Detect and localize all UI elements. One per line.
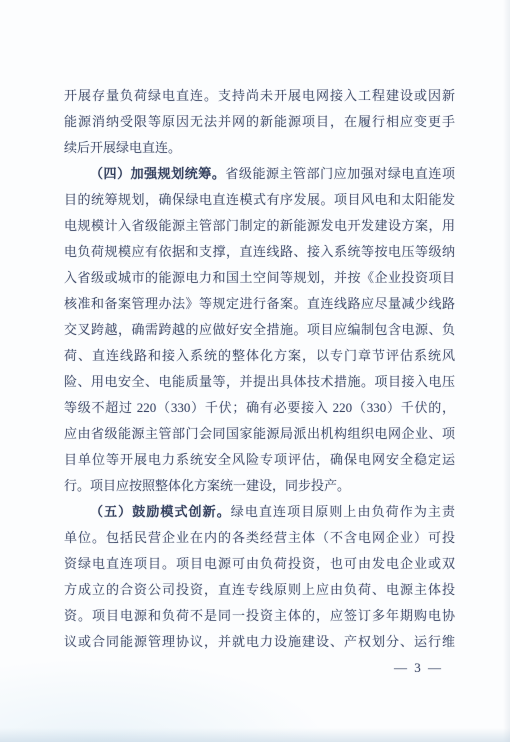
text-line: 交叉跨越，确需跨越的应做好安全措施。项目应编制包含电源、负 — [64, 317, 455, 343]
body-text: 电规模计入省级能源主管部门制定的新能源发电开发建设方案，用 — [64, 218, 455, 233]
body-text: 入省级或城市的能源电力和国土空间等规划，并按《企业投资项目 — [64, 270, 455, 285]
text-line: 目单位等开展电力系统安全风险专项评估，确保电网安全稳定运 — [64, 447, 455, 473]
page-number: — 3 — — [394, 655, 443, 681]
text-line: 险、用电安全、电能质量等，并提出具体技术措施。项目接入电压 — [64, 369, 455, 395]
body-text: 资绿电直连项目。项目电源可由负荷投资，也可由发电企业或双 — [64, 556, 455, 571]
text-line: 电负荷规模应有依据和支撑，直连线路、接入系统等按电压等级纳 — [64, 239, 455, 265]
body-text: 等级不超过 220（330）千伏；确有必要接入 220（330）千伏的， — [64, 400, 455, 415]
body-text: 方成立的合资公司投资，直连专线原则上应由负荷、电源主体投 — [64, 582, 455, 597]
body-text: 应由省级能源主管部门会同国家能源局派出机构组织电网企业、项 — [64, 426, 455, 441]
text-line: 核准和备案管理办法》等规定进行备案。直连线路应尽量减少线路 — [64, 291, 455, 317]
text-line: （四）加强规划统筹。省级能源主管部门应加强对绿电直连项 — [64, 161, 455, 187]
body-text: 绿电直连项目原则上由负荷作为主责 — [231, 504, 455, 519]
text-line: 电规模计入省级能源主管部门制定的新能源发电开发建设方案，用 — [64, 213, 455, 239]
text-line: 能源消纳受限等原因无法并网的新能源项目，在履行相应变更手 — [64, 109, 455, 135]
body-text: 荷、直连线路和接入系统的整体化方案，以专门章节评估系统风 — [64, 348, 455, 363]
text-line: 单位。包括民营企业在内的各类经营主体（不含电网企业）可投 — [64, 525, 455, 551]
text-line: 荷、直连线路和接入系统的整体化方案，以专门章节评估系统风 — [64, 343, 455, 369]
body-text: 目的统筹规划，确保绿电直连模式有序发展。项目风电和太阳能发 — [64, 192, 455, 207]
section-heading-text: （四）加强规划统筹。 — [90, 166, 225, 181]
text-line: 资绿电直连项目。项目电源可由负荷投资，也可由发电企业或双 — [64, 551, 455, 577]
body-text: 核准和备案管理办法》等规定进行备案。直连线路应尽量减少线路 — [64, 296, 455, 311]
text-line: 续后开展绿电直连。 — [64, 135, 455, 161]
text-line: 方成立的合资公司投资，直连专线原则上应由负荷、电源主体投 — [64, 577, 455, 603]
body-text: 交叉跨越，确需跨越的应做好安全措施。项目应编制包含电源、负 — [64, 322, 455, 337]
body-text: 开展存量负荷绿电直连。支持尚未开展电网接入工程建设或因新 — [64, 88, 455, 103]
body-text: 电负荷规模应有依据和支撑，直连线路、接入系统等按电压等级纳 — [64, 244, 455, 259]
text-line: 行。项目应按照整体化方案统一建设，同步投产。 — [64, 473, 455, 499]
document-page: 开展存量负荷绿电直连。支持尚未开展电网接入工程建设或因新能源消纳受限等原因无法并… — [0, 0, 510, 742]
body-text: 能源消纳受限等原因无法并网的新能源项目，在履行相应变更手 — [64, 114, 455, 129]
body-text: 省级能源主管部门应加强对绿电直连项 — [225, 166, 455, 181]
text-line: 议或合同能源管理协议，并就电力设施建设、产权划分、运行维 — [64, 629, 455, 655]
body-text: 议或合同能源管理协议，并就电力设施建设、产权划分、运行维 — [64, 634, 455, 649]
text-line: 等级不超过 220（330）千伏；确有必要接入 220（330）千伏的， — [64, 395, 455, 421]
text-line: 资。项目电源和负荷不是同一投资主体的，应签订多年期购电协 — [64, 603, 455, 629]
body-text: 目单位等开展电力系统安全风险专项评估，确保电网安全稳定运 — [64, 452, 455, 467]
body-text: 资。项目电源和负荷不是同一投资主体的，应签订多年期购电协 — [64, 608, 455, 623]
text-line: 入省级或城市的能源电力和国土空间等规划，并按《企业投资项目 — [64, 265, 455, 291]
body-text: 单位。包括民营企业在内的各类经营主体（不含电网企业）可投 — [64, 530, 455, 545]
body-text: 续后开展绿电直连。 — [64, 140, 181, 155]
document-body: 开展存量负荷绿电直连。支持尚未开展电网接入工程建设或因新能源消纳受限等原因无法并… — [64, 83, 455, 655]
text-line: 目的统筹规划，确保绿电直连模式有序发展。项目风电和太阳能发 — [64, 187, 455, 213]
body-text: 行。项目应按照整体化方案统一建设，同步投产。 — [64, 478, 350, 493]
text-line: （五）鼓励模式创新。绿电直连项目原则上由负荷作为主责 — [64, 499, 455, 525]
body-text: 险、用电安全、电能质量等，并提出具体技术措施。项目接入电压 — [64, 374, 455, 389]
text-line: 开展存量负荷绿电直连。支持尚未开展电网接入工程建设或因新 — [64, 83, 455, 109]
text-line: 应由省级能源主管部门会同国家能源局派出机构组织电网企业、项 — [64, 421, 455, 447]
section-heading-text: （五）鼓励模式创新。 — [90, 504, 231, 519]
